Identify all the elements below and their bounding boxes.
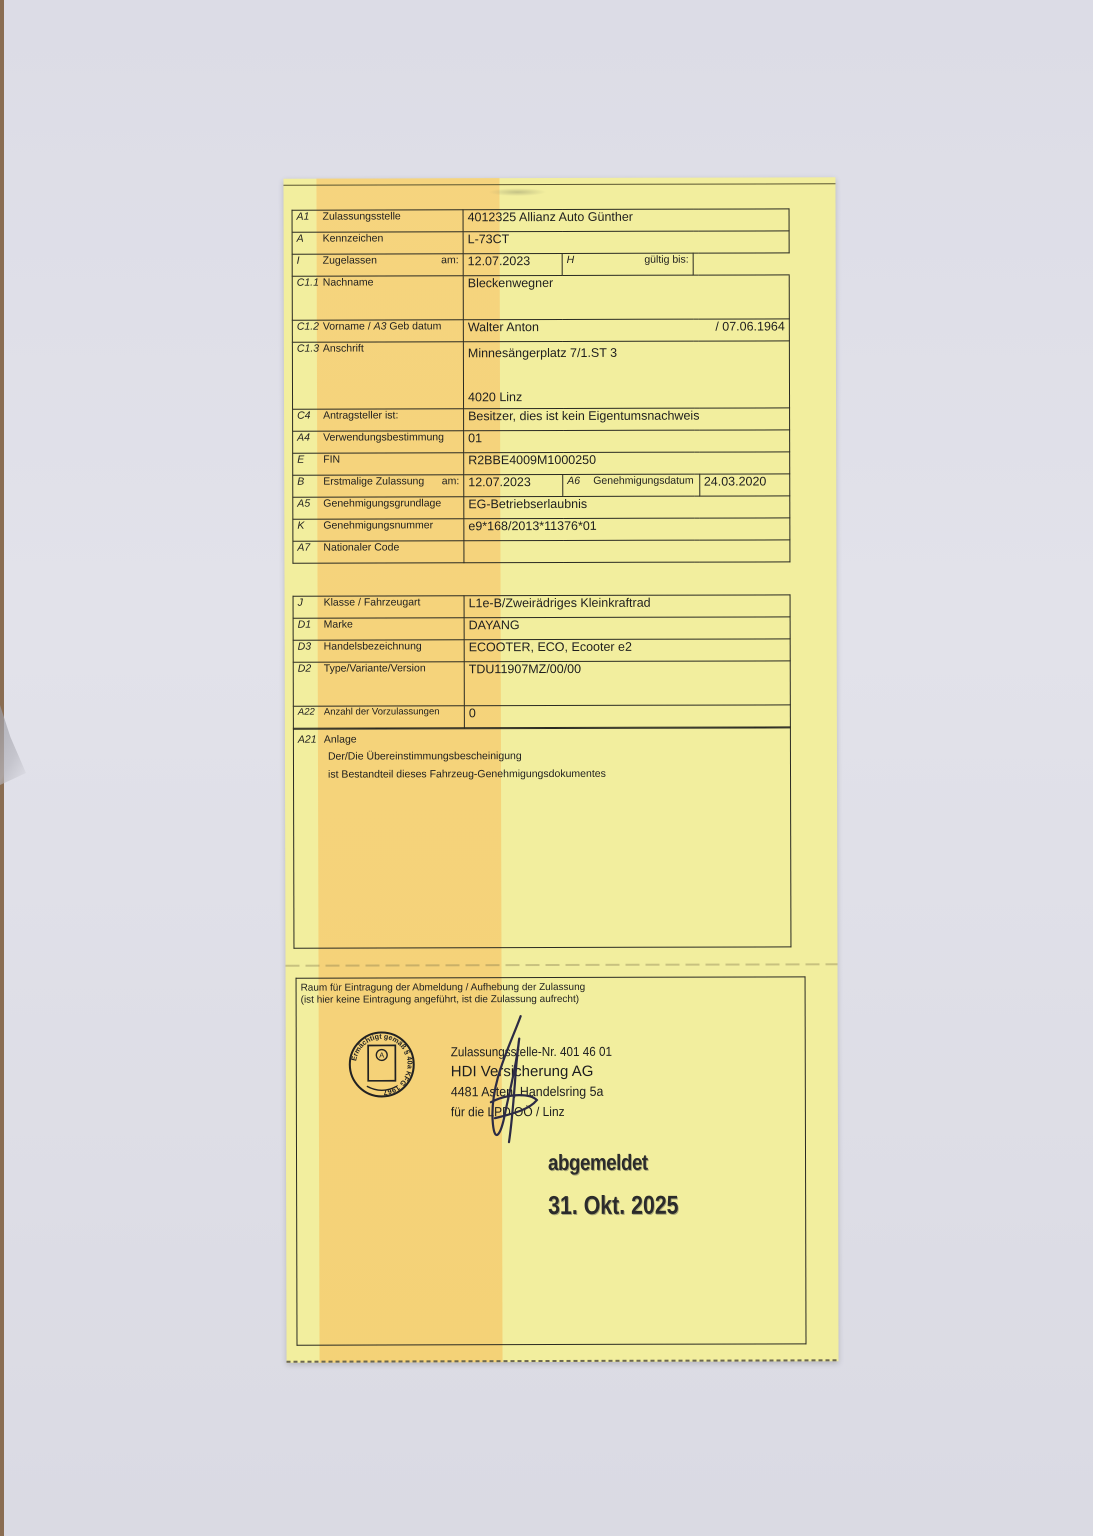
field-code: A22 — [298, 707, 324, 718]
table-row: C1.2Vorname / A3 Geb datum Walter Anton/… — [292, 319, 789, 342]
deregistration-date: 31. Okt. 2025 — [548, 1190, 678, 1221]
field-value: TDU11907MZ/00/00 — [464, 661, 790, 706]
field-label: Anlage — [324, 734, 357, 746]
table-row: D2Type/Variante/Version TDU11907MZ/00/00 — [293, 661, 790, 706]
field-value: 01 — [464, 430, 790, 453]
field-label: Zulassungsstelle — [323, 210, 401, 222]
deregistration-status: abgemeldet — [548, 1150, 683, 1176]
field-value: 12.07.2023 — [463, 253, 562, 275]
field-label-suffix: am: — [441, 254, 459, 266]
field-label: Anschrift — [323, 343, 364, 355]
table-row: EFIN R2BBE4009M1000250 — [293, 452, 790, 475]
table-row: C4Antragsteller ist: Besitzer, dies ist … — [293, 408, 790, 431]
vin-value: R2BBE4009M1000250 — [464, 452, 790, 475]
registration-table: A1Zulassungsstelle 4012325 Allianz Auto … — [292, 208, 791, 563]
field-code: D1 — [298, 619, 324, 631]
field-code: B — [297, 476, 323, 488]
field-code: C1.2 — [297, 321, 323, 333]
table-row: BErstmalige Zulassungam: 12.07.2023 A6Ge… — [293, 474, 790, 497]
top-rule — [283, 183, 835, 185]
field-value: 4012325 Allianz Auto Günther — [463, 209, 789, 232]
field-label: Type/Variante/Version — [324, 662, 426, 674]
table-row: A22Anzahl der Vorzulassungen 0 — [293, 705, 790, 728]
field-code: D2 — [298, 663, 324, 675]
field-code: I — [297, 255, 323, 267]
field-label: Nachname — [323, 276, 374, 288]
field-label: Zugelassen — [323, 254, 377, 266]
surname-value: Bleckenwegner — [463, 275, 789, 320]
field-code: C1.1 — [297, 277, 323, 289]
signature-icon — [481, 1014, 541, 1154]
field-value: ECOOTER, ECO, Ecooter e2 — [464, 639, 790, 662]
field-code: A3 — [374, 320, 387, 332]
field-code: H — [567, 254, 593, 266]
field-label: Genehmigungsdatum — [593, 475, 693, 487]
field-label: Anzahl der Vorzulassungen — [324, 706, 440, 717]
field-code: A21 — [298, 734, 324, 746]
table-row: A4Verwendungsbestimmung 01 — [293, 430, 790, 453]
field-label: Handelsbezeichnung — [324, 640, 422, 652]
fold-line — [286, 963, 838, 966]
address-line-2: 4020 Linz — [468, 385, 785, 408]
field-code: A6 — [567, 475, 593, 487]
first-name-value: Walter Anton — [468, 320, 539, 334]
field-label: Antragsteller ist: — [323, 409, 398, 421]
table-row: A1Zulassungsstelle 4012325 Allianz Auto … — [292, 209, 789, 232]
field-label: Kennzeichen — [323, 232, 384, 244]
field-label: FIN — [323, 454, 340, 466]
field-value — [464, 540, 790, 563]
address-line-1: Minnesängerplatz 7/1.ST 3 — [468, 341, 785, 364]
seal-letter: A — [379, 1051, 384, 1060]
table-row: C1.1Nachname Bleckenwegner — [292, 275, 789, 320]
field-code: C4 — [297, 410, 323, 422]
field-code: J — [298, 597, 324, 609]
field-code: A1 — [297, 211, 323, 223]
table-row: KGenehmigungsnummer e9*168/2013*11376*01 — [293, 518, 790, 541]
field-label: Marke — [324, 619, 353, 631]
deregistration-header-line-2: (ist hier keine Eintragung angeführt, is… — [301, 993, 801, 1006]
field-label-suffix: am: — [442, 475, 460, 487]
field-label: Geb datum — [389, 320, 441, 332]
field-code: E — [297, 454, 323, 466]
field-code: C1.3 — [297, 343, 323, 355]
license-plate-value: L-73CT — [463, 231, 789, 254]
field-code: A5 — [297, 498, 323, 510]
field-code: K — [297, 520, 323, 532]
deregistration-stamp: abgemeldet 31. Okt. 2025 — [548, 1150, 707, 1221]
registration-document: A1Zulassungsstelle 4012325 Allianz Auto … — [283, 177, 838, 1362]
table-row: JKlasse / Fahrzeugart L1e-B/Zweirädriges… — [293, 595, 790, 618]
field-value — [693, 253, 789, 275]
attachment-line-2: ist Bestandteil dieses Fahrzeug-Genehmig… — [298, 766, 786, 781]
field-value: DAYANG — [464, 617, 790, 640]
table-row: AKennzeichen L-73CT — [292, 231, 789, 254]
field-value: 0 — [464, 705, 790, 728]
field-label: Klasse / Fahrzeugart — [324, 596, 421, 608]
birth-date-value: / 07.06.1964 — [715, 319, 785, 333]
field-value: Besitzer, dies ist kein Eigentumsnachwei… — [464, 408, 790, 431]
field-value: L1e-B/Zweirädriges Kleinkraftrad — [464, 595, 790, 618]
field-label: Nationaler Code — [323, 541, 399, 553]
field-value: e9*168/2013*11376*01 — [464, 518, 790, 541]
field-value: 24.03.2020 — [699, 474, 789, 496]
field-code: A — [297, 233, 323, 245]
attachment-table: A21Anlage Der/Die Übereinstimmungsbesche… — [293, 727, 792, 948]
field-code: A4 — [297, 432, 323, 444]
field-label: Genehmigungsgrundlage — [323, 497, 441, 509]
field-value: EG-Betriebserlaubnis — [464, 496, 790, 519]
table-row: D3Handelsbezeichnung ECOOTER, ECO, Ecoot… — [293, 639, 790, 662]
table-row: A5Genehmigungsgrundlage EG-Betriebserlau… — [293, 496, 790, 519]
perforated-edge — [287, 1359, 839, 1362]
attachment-line-1: Der/Die Übereinstimmungsbescheinigung — [298, 744, 786, 767]
official-seal-icon: A Ermächtigt gemäß § 40a KFG 1967 — [348, 1030, 416, 1098]
table-row: A7Nationaler Code — [293, 540, 790, 563]
table-row: IZugelassenam: 12.07.2023 Hgültig bis: — [292, 253, 789, 276]
field-code: A7 — [297, 542, 323, 554]
field-label: gültig bis: — [644, 254, 688, 266]
field-label: Vorname / — [323, 320, 371, 332]
field-value: 12.07.2023 — [464, 474, 563, 496]
vehicle-table: JKlasse / Fahrzeugart L1e-B/Zweirädriges… — [293, 594, 791, 728]
staple-mark — [488, 188, 546, 196]
field-code: D3 — [298, 641, 324, 653]
field-label: Erstmalige Zulassung — [323, 475, 424, 487]
table-row: D1Marke DAYANG — [293, 617, 790, 640]
table-row: C1.3Anschrift Minnesängerplatz 7/1.ST 34… — [292, 341, 789, 409]
field-label: Genehmigungsnummer — [323, 519, 433, 531]
field-label: Verwendungsbestimmung — [323, 431, 444, 443]
table-row: A21Anlage Der/Die Übereinstimmungsbesche… — [293, 728, 791, 948]
